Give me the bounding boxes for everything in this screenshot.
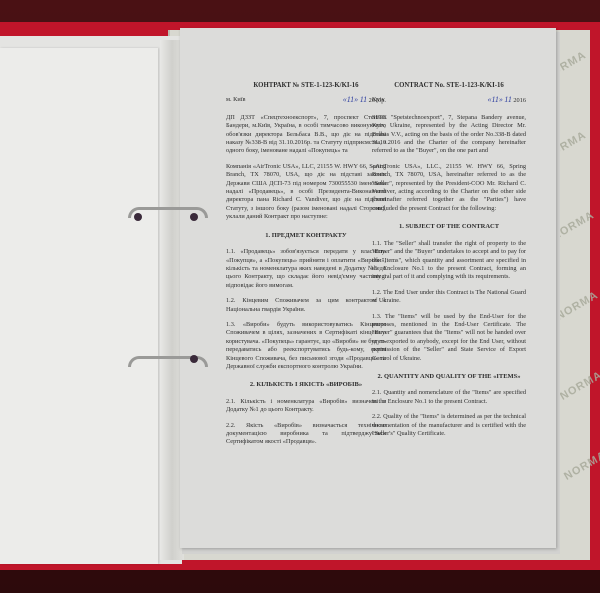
date-day-ua: «11»: [343, 95, 358, 104]
section-heading: 2. КІЛЬКІСТЬ І ЯКІСТЬ «ВИРОБІВ»: [226, 381, 386, 389]
section-heading: 2. QUANTITY AND QUALITY OF THE «ITEMS»: [372, 373, 526, 381]
contract-title-ua: КОНТРАКТ № STE-1-123-K/KI-16: [226, 82, 386, 90]
paragraph: Компанія «AirTronic USA», LLC, 21155 W. …: [226, 163, 386, 222]
date-month-ua: 11: [360, 95, 367, 104]
paragraph: «AirTronic USA», LLC., 21155 W. HWY 66, …: [372, 163, 526, 213]
paragraph: 2.1. Quantity and nomenclature of the "I…: [372, 389, 526, 406]
date-row-en: Kyiv «11» 11 2016: [372, 96, 526, 105]
punch-hole: [190, 355, 198, 363]
section-heading: 1. SUBJECT OF THE CONTRACT: [372, 223, 526, 231]
city-en: Kyiv: [372, 96, 385, 105]
paragraph: 2.2. Якість «Виробів» визначається техні…: [226, 422, 386, 447]
contract-title-en: CONTRACT No. STE-1-123-K/KI-16: [372, 82, 526, 90]
left-blank-page[interactable]: [0, 48, 158, 564]
contract-column-english: CONTRACT No. STE-1-123-K/KI-16 Kyiv «11»…: [372, 82, 526, 445]
paragraph: 2.1. Кількість і номенклатура «Виробів» …: [226, 398, 386, 415]
city-ua: м. Київ: [226, 96, 245, 105]
paragraph: 1.1. The "Seller" shall transfer the rig…: [372, 240, 526, 282]
section-heading: 1. ПРЕДМЕТ КОНТРАКТУ: [226, 232, 386, 240]
date-year-en: 2016: [513, 97, 526, 104]
paragraph: 1.2. Кінцевим Споживачем за цим контракт…: [226, 297, 386, 314]
paragraph: 1.1. «Продавець» зобов'язується передати…: [226, 248, 386, 290]
paragraph: ДП ДЗЗТ «Спецтехноекспорт», 7, проспект …: [226, 114, 386, 156]
paragraph: 1.2. The End User under this Contract is…: [372, 289, 526, 306]
paragraph: 1.3. The "Items" will be used by the End…: [372, 313, 526, 363]
paragraph: 2.2. Quality of the "Items" is determine…: [372, 413, 526, 438]
date-day-en: «11»: [487, 95, 502, 104]
paragraph: 1.3. «Вироби» будуть використовуватись К…: [226, 321, 386, 371]
contract-column-ukrainian: КОНТРАКТ № STE-1-123-K/KI-16 м. Київ «11…: [226, 82, 386, 454]
date-row-ua: м. Київ «11» 11 2016р.: [226, 96, 386, 105]
date-month-en: 11: [504, 95, 511, 104]
punch-hole: [190, 213, 198, 221]
paragraph: SFTE "Spetstechnoexport", 7, Stepana Ban…: [372, 114, 526, 156]
punch-hole: [134, 213, 142, 221]
